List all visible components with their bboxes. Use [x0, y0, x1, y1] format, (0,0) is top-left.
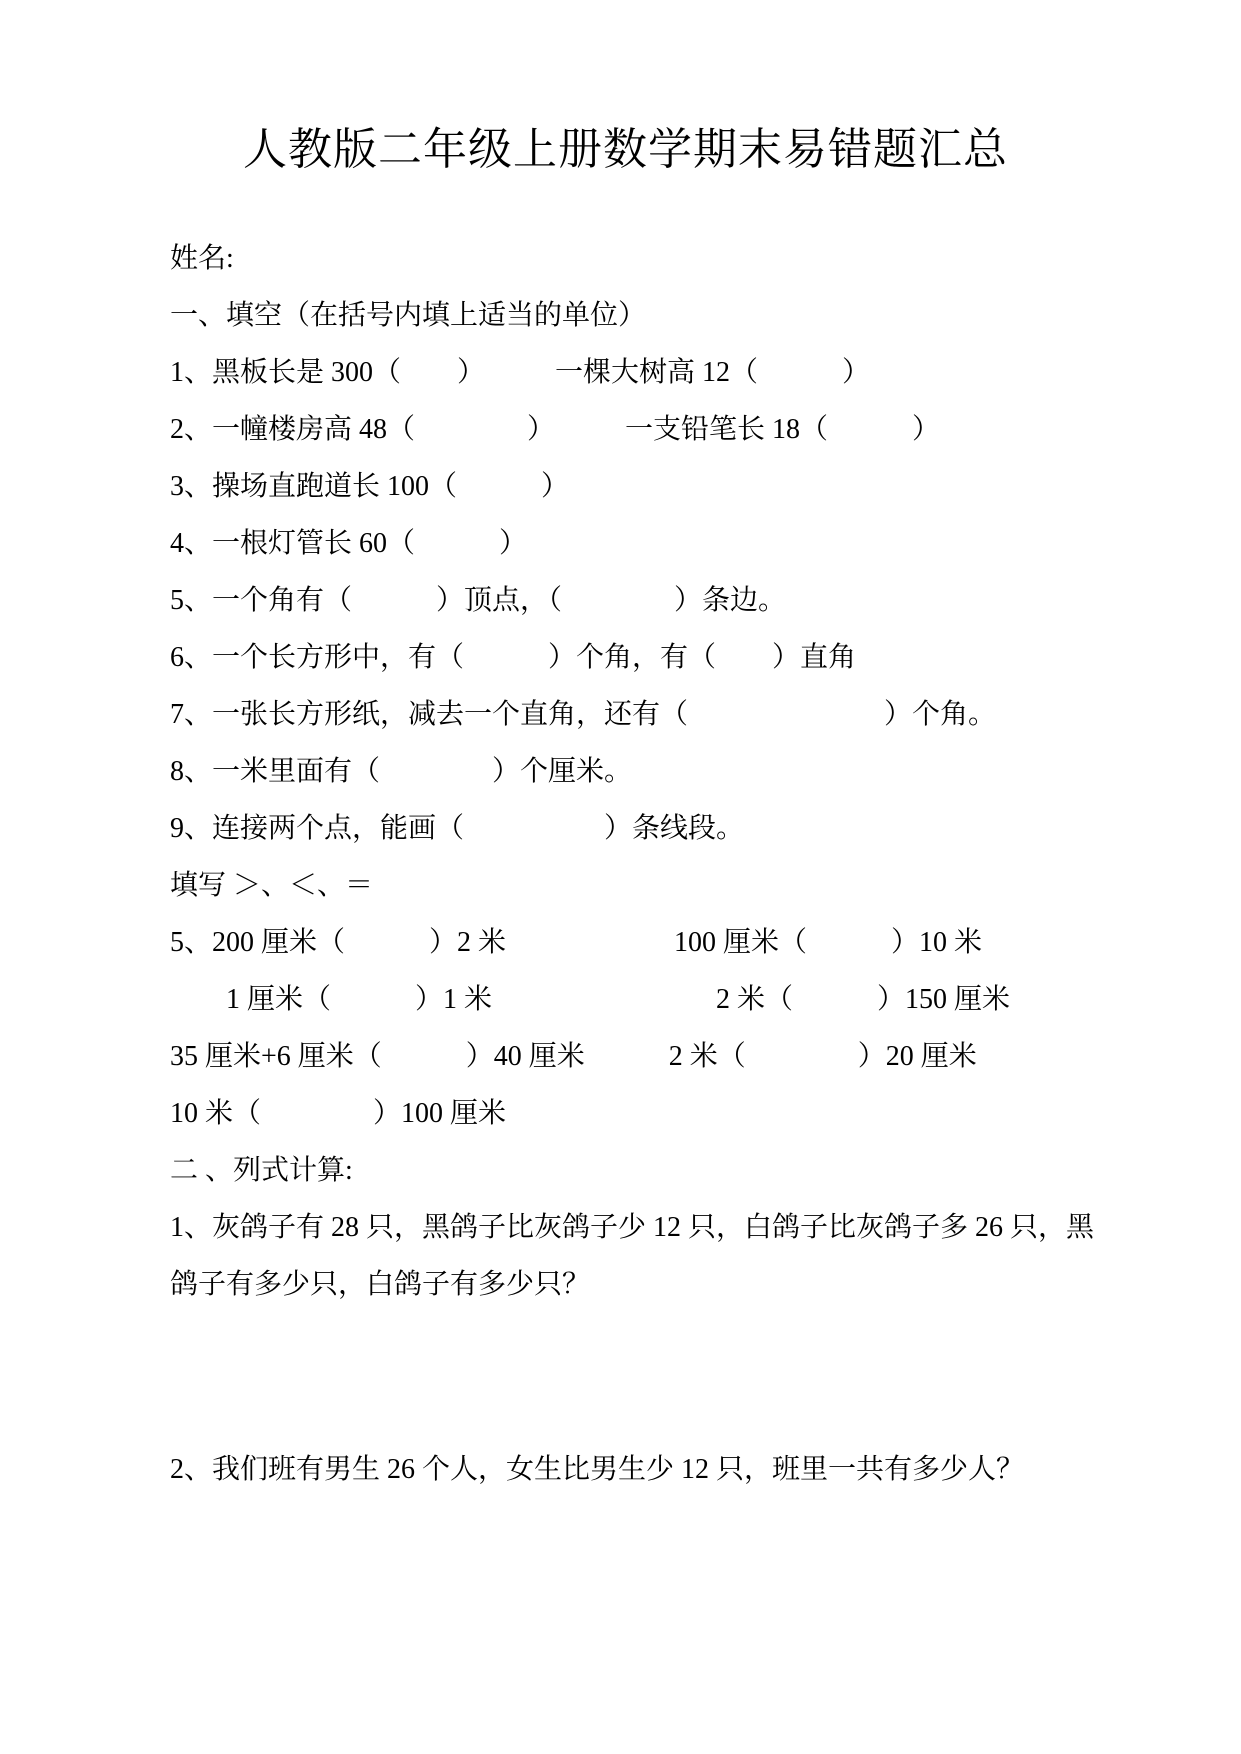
name-label: 姓名:: [170, 230, 1111, 287]
fill-item-9: 9、连接两个点，能画（ ）条线段。: [170, 800, 1111, 857]
worksheet-page: 人教版二年级上册数学期末易错题汇总 姓名: 一、填空（在括号内填上适当的单位） …: [0, 0, 1241, 1754]
word-problem-2: 2、我们班有男生 26 个人，女生比男生少 12 只，班里一共有多少人？: [170, 1441, 1111, 1498]
fill-instruction: 填写 ＞、＜、＝: [170, 857, 1111, 914]
section2-heading: 二 、列式计算:: [170, 1142, 1111, 1199]
comparison-row-1: 5、200 厘米（ ）2 米 100 厘米（ ）10 米: [170, 914, 1111, 971]
page-title: 人教版二年级上册数学期末易错题汇总: [170, 118, 1081, 182]
section1-heading: 一、填空（在括号内填上适当的单位）: [170, 287, 1111, 344]
fill-item-7: 7、一张长方形纸，减去一个直角，还有（ ）个角。: [170, 686, 1111, 743]
word-problem-1: 1、灰鸽子有 28 只，黑鸽子比灰鸽子少 12 只，白鸽子比灰鸽子多 26 只，…: [170, 1199, 1111, 1313]
fill-item-4: 4、一根灯管长 60（ ）: [170, 515, 1111, 572]
fill-item-1: 1、黑板长是 300（ ） 一棵大树高 12（ ）: [170, 344, 1111, 401]
fill-item-6: 6、一个长方形中，有（ ）个角，有（ ）直角: [170, 629, 1111, 686]
comparison-row-3: 35 厘米+6 厘米（ ）40 厘米 2 米（ ）20 厘米: [170, 1028, 1111, 1085]
fill-item-2: 2、一幢楼房高 48（ ） 一支铅笔长 18（ ）: [170, 401, 1111, 458]
fill-item-3: 3、操场直跑道长 100（ ）: [170, 458, 1111, 515]
fill-item-8: 8、一米里面有（ ）个厘米。: [170, 743, 1111, 800]
comparison-row-4: 10 米（ ）100 厘米: [170, 1085, 1111, 1142]
fill-item-5: 5、一个角有（ ）顶点，（ ）条边。: [170, 572, 1111, 629]
comparison-row-2: 1 厘米（ ）1 米 2 米（ ）150 厘米: [170, 971, 1111, 1028]
